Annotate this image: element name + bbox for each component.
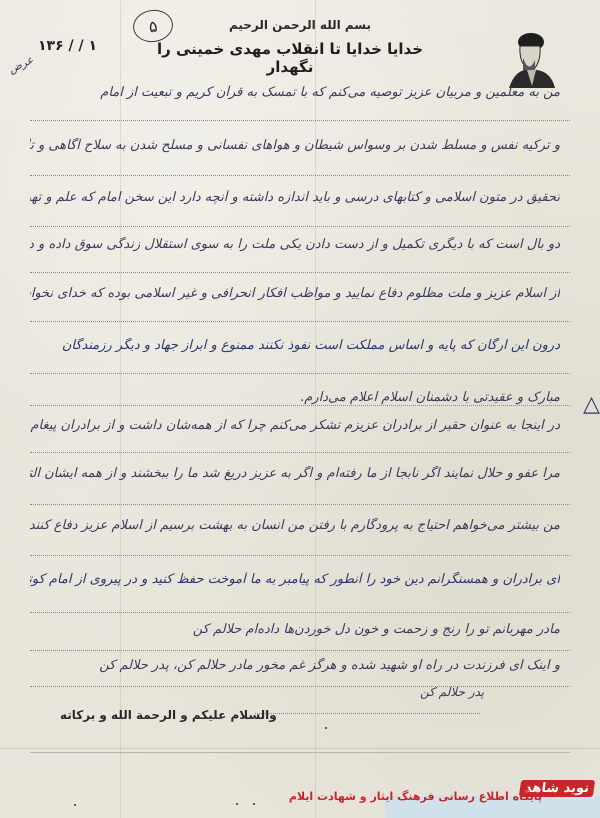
ruled-line <box>30 272 570 273</box>
handwritten-line: تحقیق در متون اسلامی و کتابهای درسی و با… <box>30 190 560 205</box>
ruled-line <box>30 321 570 322</box>
handwritten-line: ای برادران و همسنگرانم دین خود را آنطور … <box>30 572 560 587</box>
ruled-line <box>30 650 570 651</box>
fold-crease <box>120 0 121 818</box>
ruled-line <box>30 405 570 406</box>
ruled-line <box>30 373 570 374</box>
paper-speck <box>236 803 238 805</box>
letter-paper: ۵ بسم الله الرحمن الرحیم خدایا خدایا تا … <box>0 0 600 818</box>
slogan-heading: خدایا خدایا تا انقلاب مهدی خمینی را نگهد… <box>140 40 440 76</box>
portrait-icon <box>505 30 557 88</box>
ruled-line <box>30 226 570 227</box>
paper-speck <box>325 727 327 729</box>
margin-note: عرض <box>6 53 35 76</box>
margin-mark-icon: △ <box>583 392 600 417</box>
ruled-line <box>30 120 570 121</box>
ruled-line <box>30 686 570 687</box>
closing-salutation: والسلام علیکم و الرحمة الله و برکاته <box>60 708 277 722</box>
fold-crease <box>0 748 600 749</box>
handwritten-line: و ترکیه نفس و مسلط شدن بر وسواس شیطان و … <box>30 138 560 153</box>
handwritten-line: از اسلام عزیز و ملت مظلوم دفاع نمایید و … <box>30 286 560 301</box>
letter-date: ۱۳۶ / / ۱ <box>38 38 97 54</box>
handwritten-line: در اینجا به عنوان حقیر از برادران عزیزم … <box>30 418 560 433</box>
ruled-line <box>30 452 570 453</box>
handwritten-line: دو بال است که با دیگری تکمیل و از دست دا… <box>30 237 560 252</box>
handwritten-line: مرا عفو و حلال نمایند اگر نابجا از ما رف… <box>30 466 560 481</box>
ruled-line <box>255 713 480 714</box>
handwritten-line: درون این ارگان که پایه و اساس مملکت است … <box>30 338 560 353</box>
handwritten-line: مادر مهربانم تو را رنج و زحمت و خون دل خ… <box>30 622 560 637</box>
ruled-line <box>30 504 570 505</box>
paper-speck <box>74 804 76 806</box>
paper-speck <box>253 803 255 805</box>
handwritten-line: و اینک ای فرزندت در راه او شهید شده و هر… <box>30 658 560 673</box>
ruled-line <box>30 555 570 556</box>
ruled-line <box>30 612 570 613</box>
watermark-text: پایگاه اطلاع رسانی فرهنگ ایثار و شهادت ا… <box>289 790 542 803</box>
ruled-line <box>30 175 570 176</box>
handwritten-line: من به معلمین و مربیان عزیز توصیه می‌کنم … <box>30 85 560 100</box>
handwritten-line: من بیشتر می‌خواهم احتیاج به پرودگارم با … <box>30 518 560 533</box>
ruled-line <box>30 752 570 753</box>
fold-crease <box>315 0 316 818</box>
site-watermark: نوید شاهد پایگاه اطلاع رسانی فرهنگ ایثار… <box>385 778 600 818</box>
signoff: پدر حلالم کن <box>420 685 484 699</box>
handwritten-line: مبارک و عقیدتی با دشمنان اسلام اعلام می‌… <box>180 390 560 405</box>
